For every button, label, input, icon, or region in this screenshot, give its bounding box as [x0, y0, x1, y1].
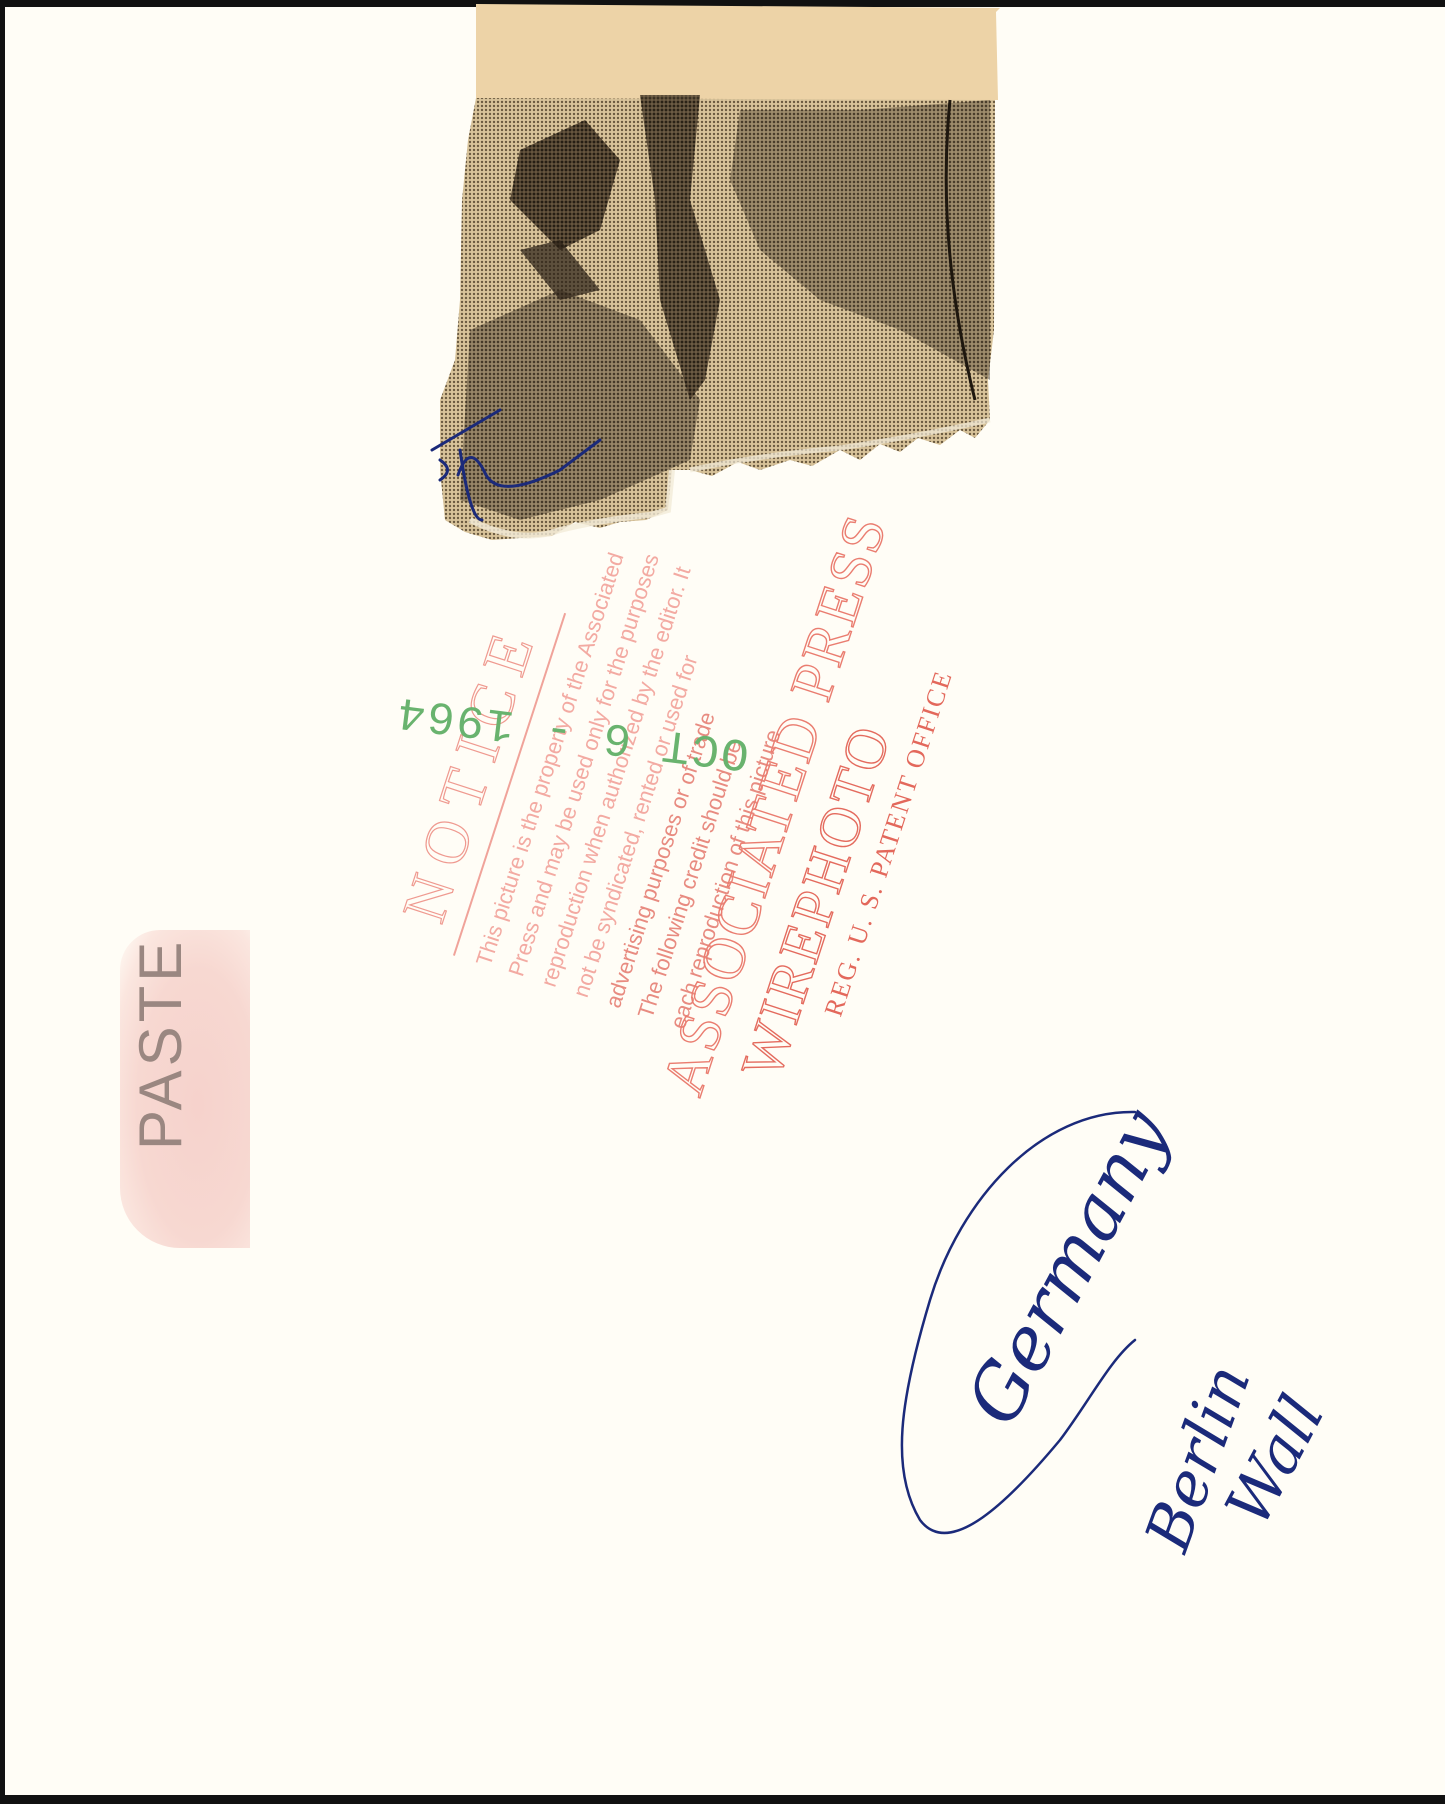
handwritten-notes: Germany Berlin Wall: [0, 0, 1445, 1804]
note-germany: Germany: [950, 1095, 1187, 1438]
